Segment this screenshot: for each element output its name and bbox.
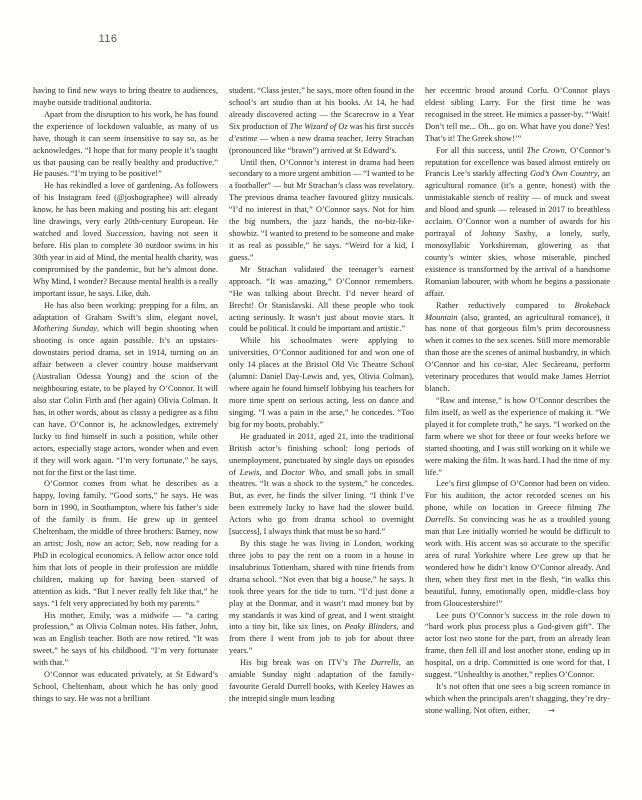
body-text: — when a new drama teacher, Jerry Strach…: [229, 134, 414, 155]
body-text: Lee’s first glimpse of O’Connor had been…: [425, 479, 610, 512]
body-text: Lee puts O’Connor’s success in the role …: [425, 611, 610, 680]
body-text: For all this success, until: [436, 146, 527, 155]
article-paragraph: Lee puts O’Connor’s success in the role …: [425, 610, 610, 682]
article-paragraph: O’Connor was educated privately, at St E…: [33, 669, 218, 705]
article-paragraph: For all this success, until The Crown, O…: [425, 145, 610, 300]
magazine-page: 116 having to find new ways to bring the…: [0, 0, 642, 800]
article-paragraph: having to find new ways to bring theatre…: [33, 85, 218, 109]
article-paragraph: Apart from the disruption to his work, h…: [33, 109, 218, 181]
body-text: It’s not often that one sees a big scree…: [425, 682, 610, 715]
article-paragraph: O’Connor comes from what he describes as…: [33, 478, 218, 609]
italic-title-text: The Durrells: [353, 658, 399, 667]
article-paragraph: He has rekindled a love of gardening. As…: [33, 180, 218, 299]
italic-title-text: The Crown: [527, 146, 565, 155]
article-paragraph: Lee’s first glimpse of O’Connor had been…: [425, 478, 610, 609]
body-text: “Raw and intense,” is how O’Connor descr…: [425, 396, 610, 477]
body-text: was his first: [348, 122, 393, 131]
body-text: O’Connor comes from what he describes as…: [33, 479, 218, 607]
article-paragraph: Rather reductively compared to Brokeback…: [425, 300, 610, 395]
article-paragraph: He graduated in 2011, aged 21, into the …: [229, 431, 414, 538]
body-text: Mr Strachan validated the teenager’s ear…: [229, 265, 414, 334]
italic-title-text: Lewis: [240, 468, 260, 477]
text-column-1: having to find new ways to bring theatre…: [33, 85, 218, 717]
body-text: He has also been working: prepping for a…: [33, 301, 218, 322]
article-paragraph: It’s not often that one sees a big scree…: [425, 681, 610, 717]
italic-title-text: Succession: [106, 229, 143, 238]
body-text: His mother, Emily, was a midwife — “a ca…: [33, 611, 218, 668]
italic-title-text: Doctor Who: [281, 468, 324, 477]
body-text: (also, granted, an agricultural romance)…: [425, 313, 610, 394]
text-column-2: student. “Class jester,” he says, more o…: [229, 85, 414, 717]
body-text: , having not seen it before. His plan to…: [33, 229, 218, 298]
body-text: O’Connor was educated privately, at St E…: [33, 670, 218, 703]
italic-title-text: God’s Own Country: [530, 169, 598, 178]
body-text: , which will begin shooting when shootin…: [33, 324, 218, 476]
article-paragraph: While his schoolmates were applying to u…: [229, 335, 414, 430]
article-paragraph: He has also been working: prepping for a…: [33, 300, 218, 479]
body-text: By this stage he was living in London, w…: [229, 539, 414, 631]
continuation-arrow-icon: →: [537, 705, 555, 717]
body-text: Apart from the disruption to his work, h…: [33, 110, 218, 179]
body-text: , and: [259, 468, 281, 477]
body-text: Rather reductively compared to: [436, 301, 575, 310]
text-column-3: her eccentric brood around Corfu. O’Conn…: [425, 85, 610, 717]
body-text: Until then, O’Connor’s interest in drama…: [229, 158, 414, 262]
body-text: , and small jobs in small theatres. “It …: [229, 468, 414, 537]
article-paragraph: student. “Class jester,” he says, more o…: [229, 85, 414, 157]
article-paragraph: By this stage he was living in London, w…: [229, 538, 414, 657]
article-paragraph: Mr Strachan validated the teenager’s ear…: [229, 264, 414, 336]
article-paragraph: “Raw and intense,” is how O’Connor descr…: [425, 395, 610, 478]
article-paragraph: His big break was on ITV’s The Durrells,…: [229, 657, 414, 705]
italic-title-text: Mothering Sunday: [33, 324, 97, 333]
body-text: having to find new ways to bring theatre…: [33, 86, 218, 107]
body-text: , an agricultural romance (it’s a genre,…: [425, 169, 610, 297]
body-text: . So convincing was he as a troubled you…: [425, 515, 610, 607]
article-body: having to find new ways to bring theatre…: [33, 85, 609, 717]
body-text: her eccentric brood around Corfu. O’Conn…: [425, 86, 610, 143]
body-text: His big break was on ITV’s: [240, 658, 353, 667]
page-number: 116: [86, 33, 130, 45]
article-paragraph: her eccentric brood around Corfu. O’Conn…: [425, 85, 610, 145]
body-text: While his schoolmates were applying to u…: [229, 336, 414, 428]
article-paragraph: His mother, Emily, was a midwife — “a ca…: [33, 610, 218, 670]
italic-title-text: Peaky Blinders: [344, 622, 396, 631]
article-paragraph: Until then, O’Connor’s interest in drama…: [229, 157, 414, 264]
italic-title-text: The Wizard of Oz: [290, 122, 348, 131]
